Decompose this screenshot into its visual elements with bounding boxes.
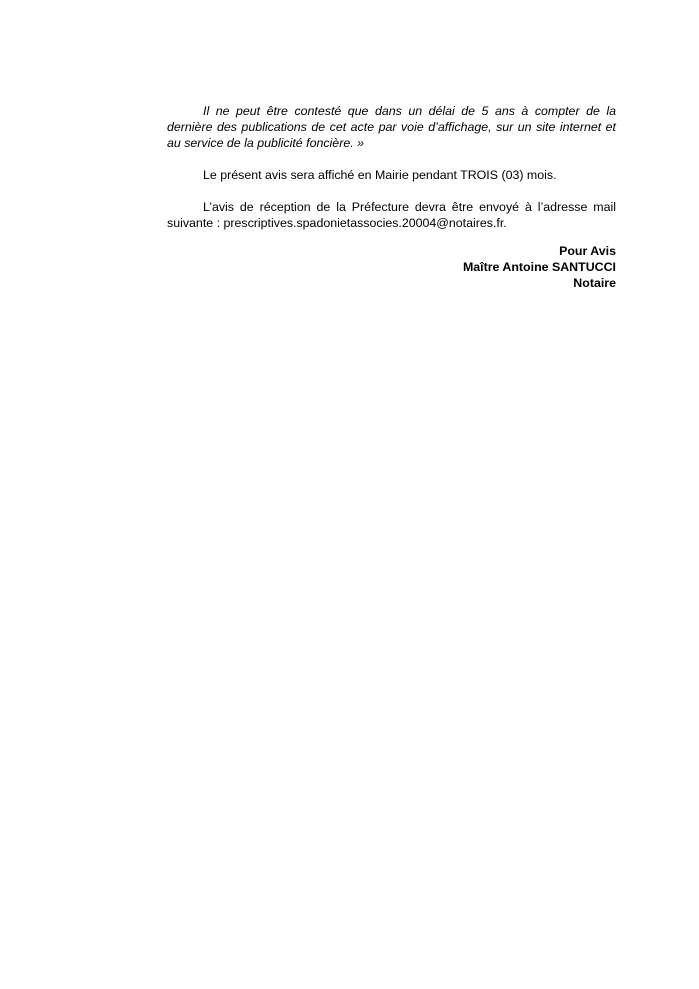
contest-paragraph: Il ne peut être contesté que dans un dél… — [167, 103, 616, 151]
signature-title: Notaire — [167, 275, 616, 291]
receipt-paragraph: L’avis de réception de la Préfecture dev… — [167, 199, 616, 231]
signature-name: Maître Antoine SANTUCCI — [167, 259, 616, 275]
display-paragraph: Le présent avis sera affiché en Mairie p… — [167, 167, 616, 183]
signature-block: Pour Avis Maître Antoine SANTUCCI Notair… — [167, 243, 616, 291]
document-page: Il ne peut être contesté que dans un dél… — [167, 103, 616, 291]
signature-pour-avis: Pour Avis — [167, 243, 616, 259]
